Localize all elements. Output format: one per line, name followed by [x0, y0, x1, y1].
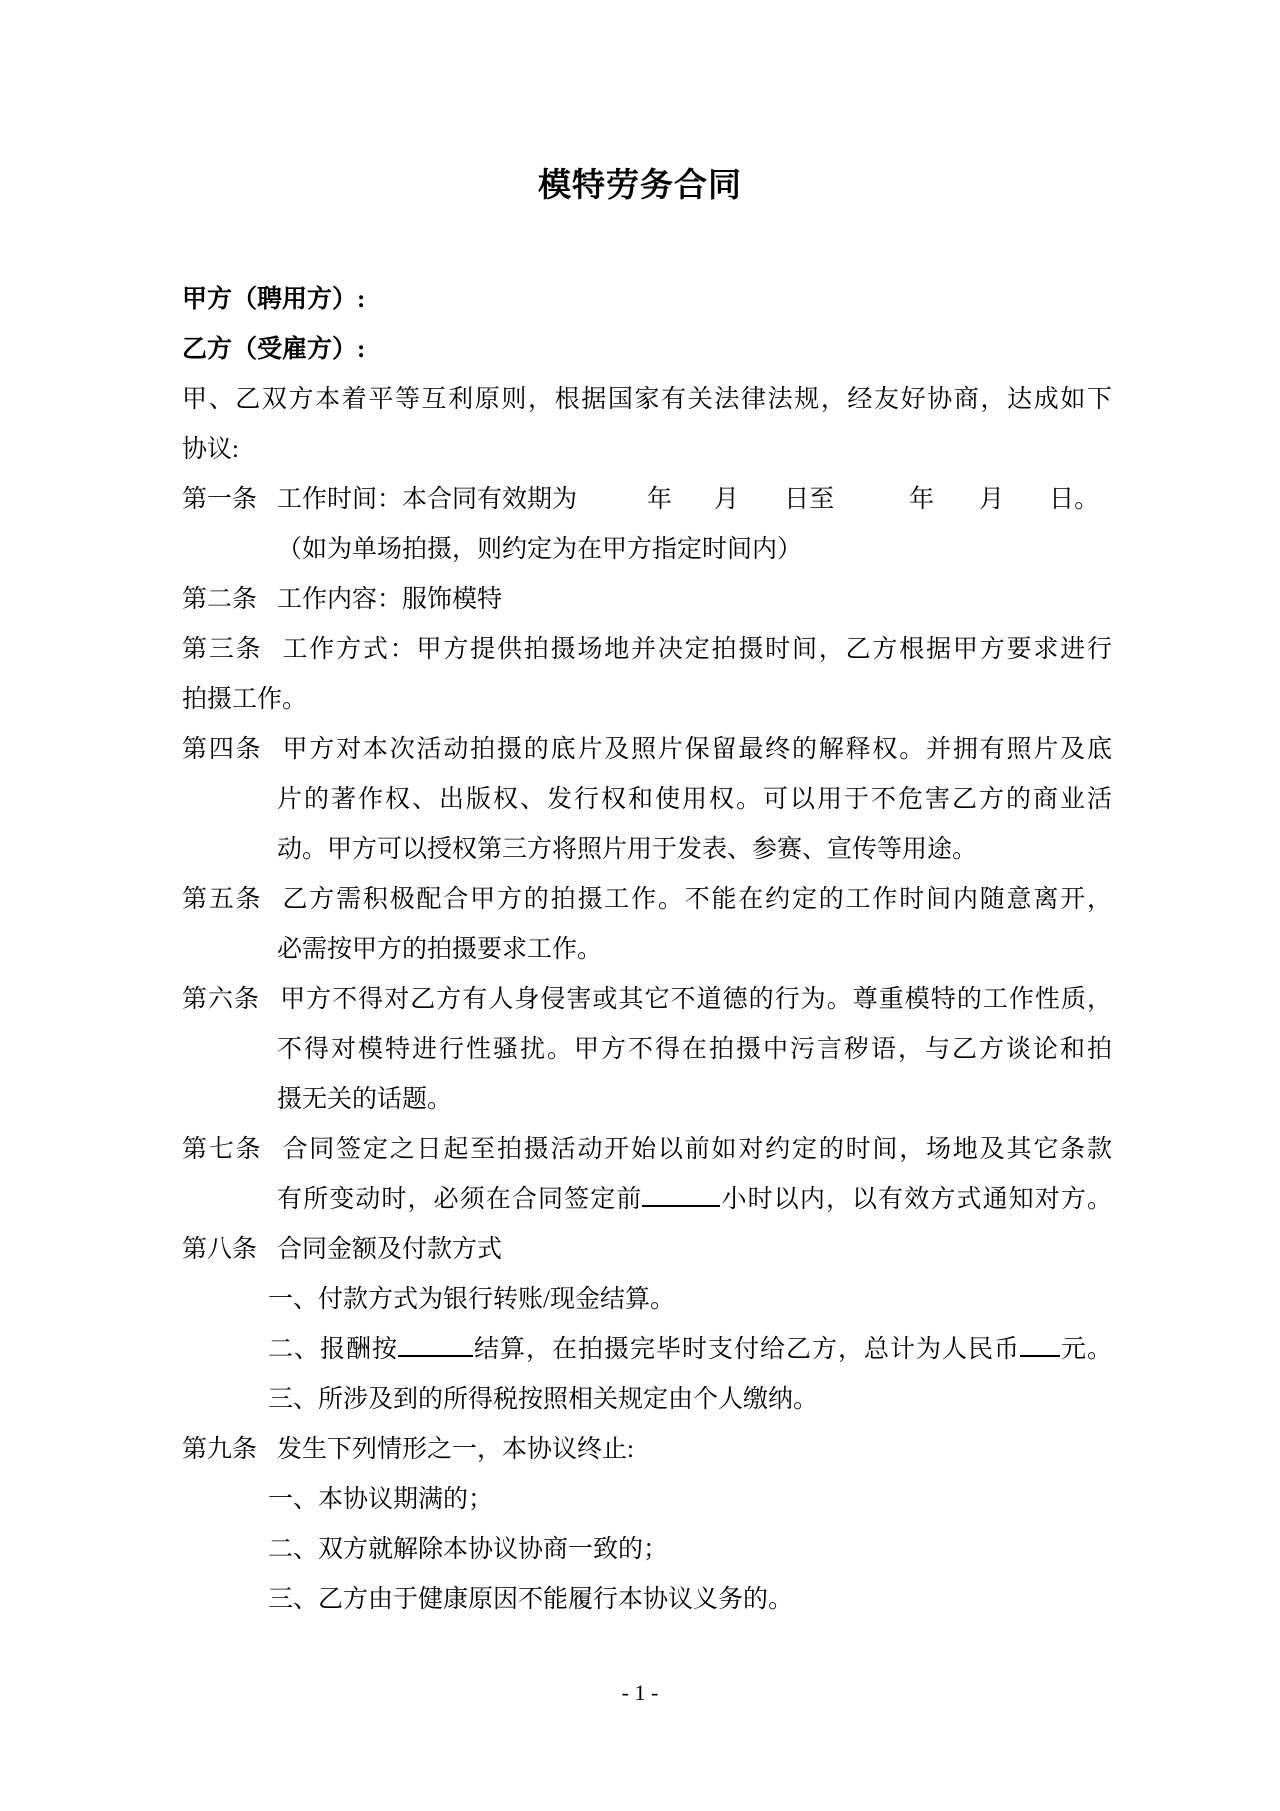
clause-8-item-2-line: 二、报酬按结算，在拍摄完毕时支付给乙方，总计为人民币元。 — [182, 1325, 1112, 1375]
clause-4-cont-line-2: 动。甲方可以授权第三方将照片用于发表、参赛、宣传等用途。 — [182, 825, 1112, 875]
clause-9-item-3-line: 三、乙方由于健康原因不能履行本协议义务的。 — [182, 1575, 1112, 1625]
clause-8-text: 合同金额及付款方式 — [277, 1236, 502, 1263]
clause-7-cont-line: 有所变动时，必须在合同签定前小时以内，以有效方式通知对方。 — [182, 1175, 1112, 1225]
clause-4-cont-line-1: 片的著作权、出版权、发行权和使用权。可以用于不危害乙方的商业活 — [182, 775, 1112, 825]
clause-2-text: 工作内容：服饰模特 — [277, 586, 502, 613]
clause-6-number: 第六条 — [182, 986, 260, 1013]
clause-2-number: 第二条 — [182, 586, 257, 613]
clause-8-line: 第八条合同金额及付款方式 — [182, 1225, 1112, 1275]
clause-6-cont-line-2: 摄无关的话题。 — [182, 1075, 1112, 1125]
clause-9-item-1-line: 一、本协议期满的； — [182, 1475, 1112, 1525]
clause-8-item-1-line: 一、付款方式为银行转账/现金结算。 — [182, 1275, 1112, 1325]
clause-7-number: 第七条 — [182, 1136, 262, 1163]
clause-8-item-2-pre: 二、报酬按 — [268, 1336, 398, 1363]
clause-4-line: 第四条甲方对本次活动拍摄的底片及照片保留最终的解释权。并拥有照片及底 — [182, 725, 1112, 775]
clause-7-line: 第七条合同签定之日起至拍摄活动开始以前如对约定的时间，场地及其它条款 — [182, 1125, 1112, 1175]
clause-8-item-2-post: 元。 — [1060, 1336, 1112, 1363]
clause-4-number: 第四条 — [182, 736, 262, 763]
clause-9-item-2-line: 二、双方就解除本协议协商一致的； — [182, 1525, 1112, 1575]
clause-8-number: 第八条 — [182, 1236, 257, 1263]
clause-3-line: 第三条工作方式：甲方提供拍摄场地并决定拍摄时间，乙方根据甲方要求进行 — [182, 625, 1112, 675]
clause-9-number: 第九条 — [182, 1436, 257, 1463]
month-1-label: 月 — [714, 486, 739, 513]
clause-4-text: 甲方对本次活动拍摄的底片及照片保留最终的解释权。并拥有照片及底 — [282, 736, 1112, 763]
page-title: 模特劳务合同 — [0, 161, 1280, 211]
clause-5-cont-line: 必需按甲方的拍摄要求工作。 — [182, 925, 1112, 975]
clause-3-text: 工作方式：甲方提供拍摄场地并决定拍摄时间，乙方根据甲方要求进行 — [282, 636, 1112, 663]
month-2-label: 月 — [979, 486, 1004, 513]
clause-5-line: 第五条乙方需积极配合甲方的拍摄工作。不能在约定的工作时间内随意离开， — [182, 875, 1112, 925]
day-2-label: 日。 — [1049, 486, 1099, 513]
year-1-label: 年 — [647, 486, 672, 513]
clause-1-number: 第一条 — [182, 486, 257, 513]
clause-5-text: 乙方需积极配合甲方的拍摄工作。不能在约定的工作时间内随意离开， — [282, 886, 1112, 913]
clause-7-text: 合同签定之日起至拍摄活动开始以前如对约定的时间，场地及其它条款 — [282, 1136, 1112, 1163]
clause-7-cont-pre: 有所变动时，必须在合同签定前 — [277, 1186, 642, 1213]
preamble-line-1: 甲、乙双方本着平等互利原则，根据国家有关法律法规，经友好协商，达成如下 — [182, 375, 1112, 425]
page-number: - 1 - — [0, 1668, 1280, 1718]
clause-3-cont-line: 拍摄工作。 — [182, 675, 1112, 725]
clause-7-cont-post: 小时以内，以有效方式通知对方。 — [720, 1186, 1112, 1213]
fill-in-blank-settlement — [398, 1337, 473, 1357]
party-a-line: 甲方（聘用方）: — [182, 275, 1112, 325]
party-b-line: 乙方（受雇方）: — [182, 325, 1112, 375]
contract-page: 模特劳务合同 甲方（聘用方）: 乙方（受雇方）: 甲、乙双方本着平等互利原则，根… — [0, 0, 1280, 1811]
preamble-line-2: 协议: — [182, 425, 1112, 475]
clause-2-line: 第二条工作内容：服饰模特 — [182, 575, 1112, 625]
clause-8-item-2-mid: 结算，在拍摄完毕时支付给乙方，总计为人民币 — [473, 1336, 1020, 1363]
contract-body: 甲方（聘用方）: 乙方（受雇方）: 甲、乙双方本着平等互利原则，根据国家有关法律… — [182, 275, 1112, 1625]
clause-3-number: 第三条 — [182, 636, 262, 663]
clause-5-number: 第五条 — [182, 886, 262, 913]
clause-9-text: 发生下列情形之一，本协议终止: — [277, 1436, 634, 1463]
clause-6-cont-line-1: 不得对模特进行性骚扰。甲方不得在拍摄中污言秽语，与乙方谈论和拍 — [182, 1025, 1112, 1075]
day-1-label: 日至 — [784, 486, 834, 513]
clause-6-line: 第六条甲方不得对乙方有人身侵害或其它不道德的行为。尊重模特的工作性质， — [182, 975, 1112, 1025]
clause-1-intro: 工作时间：本合同有效期为 — [277, 486, 577, 513]
clause-1-line: 第一条工作时间：本合同有效期为年月日至年月日。 — [182, 475, 1112, 525]
clause-9-line: 第九条发生下列情形之一，本协议终止: — [182, 1425, 1112, 1475]
fill-in-blank-hours — [642, 1187, 720, 1207]
year-2-label: 年 — [909, 486, 934, 513]
fill-in-blank-amount — [1020, 1337, 1060, 1357]
clause-1-note-line: （如为单场拍摄，则约定为在甲方指定时间内） — [182, 525, 1112, 575]
clause-6-text: 甲方不得对乙方有人身侵害或其它不道德的行为。尊重模特的工作性质， — [280, 986, 1112, 1013]
clause-8-item-3-line: 三、所涉及到的所得税按照相关规定由个人缴纳。 — [182, 1375, 1112, 1425]
